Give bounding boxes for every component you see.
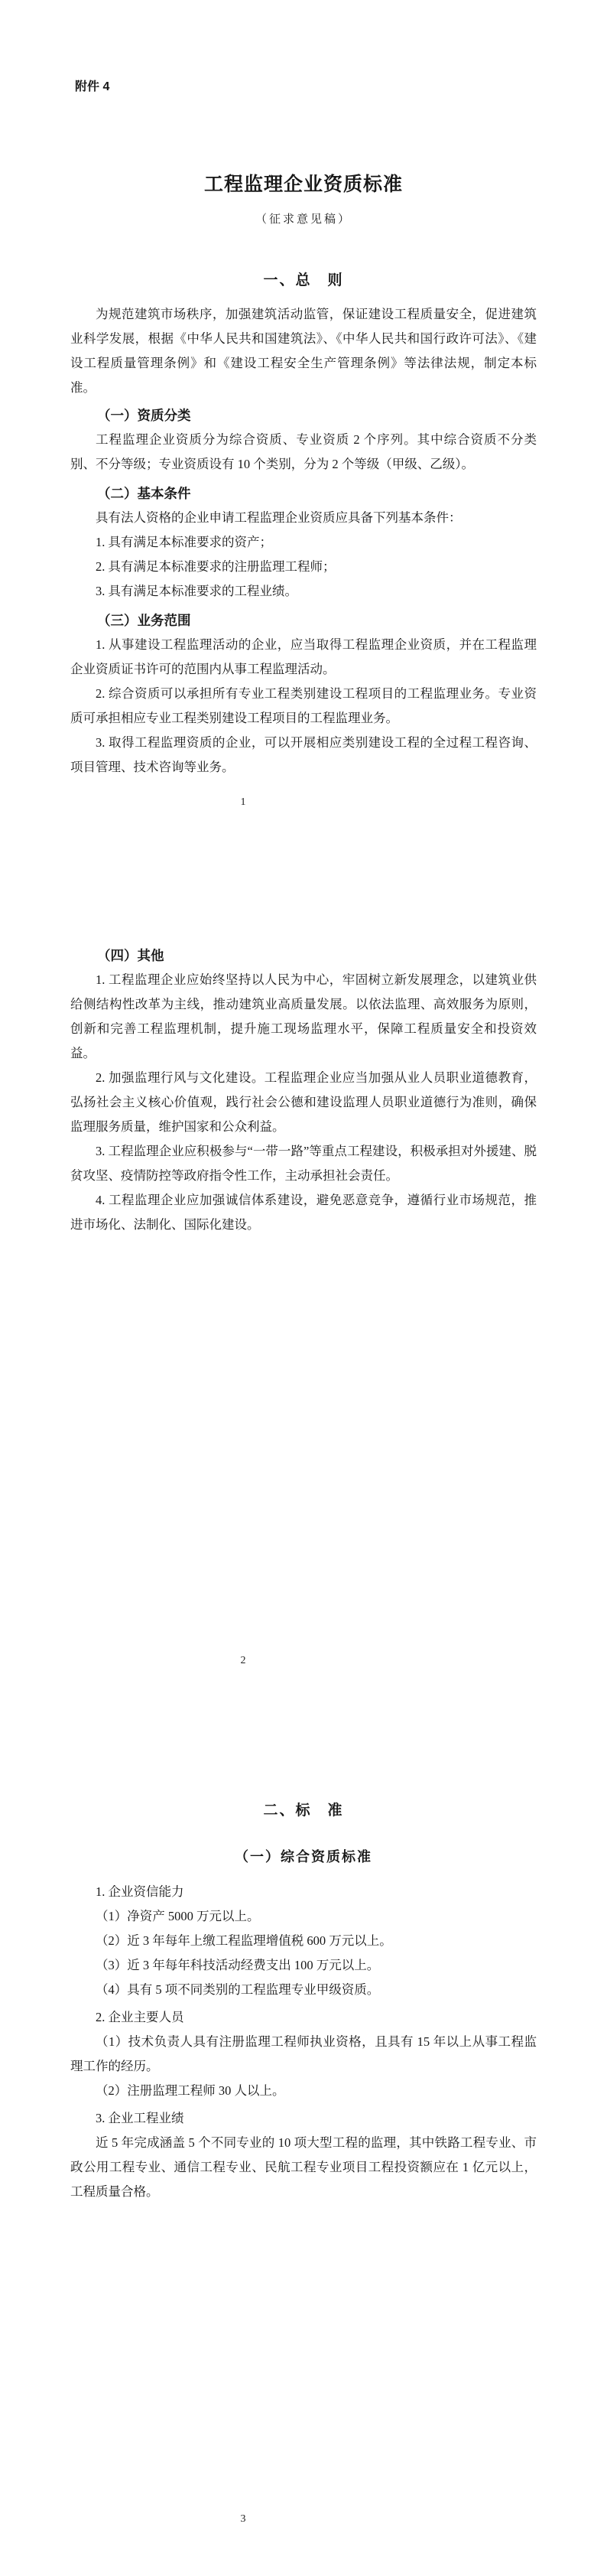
list-item-basic-3: 3. 具有满足本标准要求的工程业绩。 [70,579,537,604]
subsection-heading-other: （四）其他 [70,943,537,968]
list-item-scope-2: 2. 综合资质可以承担所有专业工程类别建设工程项目的工程监理业务。专业资质可承担… [70,682,537,731]
list-item-personnel-1: （1）技术负责人具有注册监理工程师执业资格，且具有 15 年以上从事工程监理工作… [70,2030,537,2079]
page-2: （四）其他 1. 工程监理企业应始终坚持以人民为中心，牢固树立新发展理念，以建筑… [0,858,607,1717]
subsection-heading-basic-conditions: （二）基本条件 [70,481,537,506]
item-heading-project-performance: 3. 企业工程业绩 [70,2106,537,2131]
item-heading-enterprise-credit: 1. 企业资信能力 [70,1880,537,1904]
list-item-credit-4: （4）具有 5 项不同类别的工程监理专业甲级资质。 [70,1978,537,2002]
section-heading-standards: 二、标 准 [70,1799,537,1823]
page-number-3: 3 [231,2512,255,2526]
list-item-other-3: 3. 工程监理企业应积极参与“一带一路”等重点工程建设，积极承担对外援建、脱贫攻… [70,1139,537,1188]
attachment-label: 附件 4 [75,79,537,96]
subsection-heading-business-scope: （三）业务范围 [70,608,537,633]
intro-paragraph: 为规范建筑市场秩序，加强建筑活动监管，保证建设工程质量安全，促进建筑业科学发展，… [70,302,537,400]
list-item-basic-2: 2. 具有满足本标准要求的注册监理工程师； [70,555,537,579]
list-item-credit-2: （2）近 3 年每年上缴工程监理增值税 600 万元以上。 [70,1929,537,1953]
document-title: 工程监理企业资质标准 [70,172,537,198]
list-item-credit-3: （3）近 3 年每年科技活动经费支出 100 万元以上。 [70,1953,537,1978]
document-subtitle: （征求意见稿） [70,210,537,229]
list-item-basic-1: 1. 具有满足本标准要求的资产； [70,530,537,555]
list-item-other-2: 2. 加强监理行风与文化建设。工程监理企业应当加强从业人员职业道德教育，弘扬社会… [70,1066,537,1139]
list-item-scope-3: 3. 取得工程监理资质的企业，可以开展相应类别建设工程的全过程工程咨询、项目管理… [70,731,537,780]
list-item-other-1: 1. 工程监理企业应始终坚持以人民为中心，牢固树立新发展理念，以建筑业供给侧结构… [70,968,537,1066]
subsection-heading-qualification-classification: （一）资质分类 [70,403,537,428]
list-item-scope-1: 1. 从事建设工程监理活动的企业，应当取得工程监理企业资质，并在工程监理企业资质… [70,633,537,682]
basic-conditions-intro: 具有法人资格的企业申请工程监理企业资质应具备下列基本条件： [70,506,537,530]
page-number-1: 1 [231,796,255,809]
list-item-credit-1: （1）净资产 5000 万元以上。 [70,1904,537,1929]
page-3: 二、标 准 （一）综合资质标准 1. 企业资信能力 （1）净资产 5000 万元… [0,1717,607,2576]
performance-paragraph: 近 5 年完成涵盖 5 个不同专业的 10 项大型工程的监理，其中铁路工程专业、… [70,2131,537,2204]
section-heading-general-provisions: 一、总 则 [70,269,537,293]
list-item-other-4: 4. 工程监理企业应加强诚信体系建设，避免恶意竞争，遵循行业市场规范，推进市场化… [70,1188,537,1237]
page-1: 附件 4 工程监理企业资质标准 （征求意见稿） 一、总 则 为规范建筑市场秩序，… [0,0,607,858]
item-heading-key-personnel: 2. 企业主要人员 [70,2005,537,2030]
list-item-personnel-2: （2）注册监理工程师 30 人以上。 [70,2079,537,2103]
classification-paragraph: 工程监理企业资质分为综合资质、专业资质 2 个序列。其中综合资质不分类别、不分等… [70,428,537,477]
subsection-heading-comprehensive-standard: （一）综合资质标准 [70,1845,537,1869]
page-number-2: 2 [231,1654,255,1668]
